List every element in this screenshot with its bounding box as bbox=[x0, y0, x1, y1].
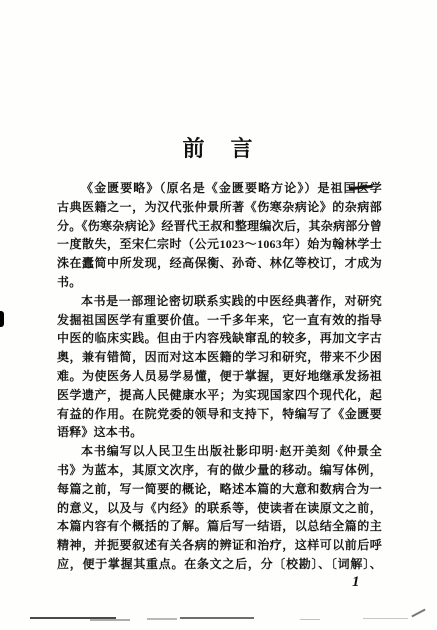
text-line: 一度散失，至宋仁宗时（公元1023～1063年）始为翰林学士王 bbox=[57, 235, 382, 254]
body-text: 《金匮要略》（原名是《金匮要略方论》）是祖国医学 古典医籍之一，为汉代张仲景所著… bbox=[57, 179, 382, 574]
text-line: 有益的作用。在院党委的领导和支持下，特编写了《金匮要略 bbox=[57, 405, 382, 424]
ink-smudge bbox=[30, 617, 116, 619]
ink-smudge bbox=[147, 618, 177, 620]
text-line: 中医的临床实践。但由于内容残缺窜乱的较多，再加文字古 bbox=[57, 329, 382, 348]
text-line: 《金匮要略》（原名是《金匮要略方论》）是祖国医学 bbox=[57, 179, 382, 198]
page-number: 1 bbox=[352, 574, 360, 591]
text-line: 发掘祖国医学有重要价值。一千多年来，它一直有效的指导着 bbox=[57, 311, 382, 330]
text-line: 难。为使医务人员易学易懂，便于掌握，更好地继承发扬祖国 bbox=[57, 367, 382, 386]
ink-smudge bbox=[300, 619, 320, 620]
text-line: 洙在蠹简中所发现，经高保衡、孙奇、林亿等校订，才成为此 bbox=[57, 254, 382, 273]
text-line: 的意义，以及与《内经》的联系等，使读者在读原文之前，对 bbox=[57, 499, 382, 518]
text-line: 精神，并扼要叙述有关各病的辨证和治疗，这样可以前后呼 bbox=[57, 536, 382, 555]
ink-smudge bbox=[411, 609, 425, 618]
text-line: 每篇之前，写一简要的概论，略述本篇的大意和数病合为一篇 bbox=[57, 480, 382, 499]
page-title: 前 言 bbox=[0, 132, 437, 163]
text-line: 医学遗产，提高人民健康水平；为实现国家四个现代化，起到 bbox=[57, 386, 382, 405]
text-line: 奥，兼有错简，因而对这本医籍的学习和研究，带来不少困 bbox=[57, 348, 382, 367]
text-line: 古典医籍之一，为汉代张仲景所著《伤寒杂病论》的杂病部 bbox=[57, 198, 382, 217]
text-line: 书。 bbox=[57, 273, 382, 292]
binding-ink-blob bbox=[0, 311, 4, 327]
text-line: 分。《伤寒杂病论》经晋代王叔和整理编次后，其杂病部分曾 bbox=[57, 217, 382, 236]
text-line: 本篇内容有个概括的了解。篇后写一结语，以总结全篇的主要 bbox=[57, 517, 382, 536]
text-line: 本书编写以人民卫生出版社影印明·赵开美刻《仲景全 bbox=[57, 442, 382, 461]
text-line: 书》为蓝本，其原文次序，有的做少量的移动。编写体例，在 bbox=[57, 461, 382, 480]
text-line: 语释》这本书。 bbox=[57, 423, 382, 442]
text-line: 本书是一部理论密切联系实践的中医经典著作，对研究和 bbox=[57, 292, 382, 311]
ink-smudge bbox=[90, 619, 130, 621]
ink-smudge bbox=[363, 618, 408, 619]
text-line: 应，便于掌握其重点。在条文之后，分〔校勘〕、〔词解〕、〔提 bbox=[57, 555, 382, 574]
book-page: 前 言 《金匮要略》（原名是《金匮要略方论》）是祖国医学 古典医籍之一，为汉代张… bbox=[0, 0, 437, 630]
ink-smudge bbox=[180, 617, 254, 619]
